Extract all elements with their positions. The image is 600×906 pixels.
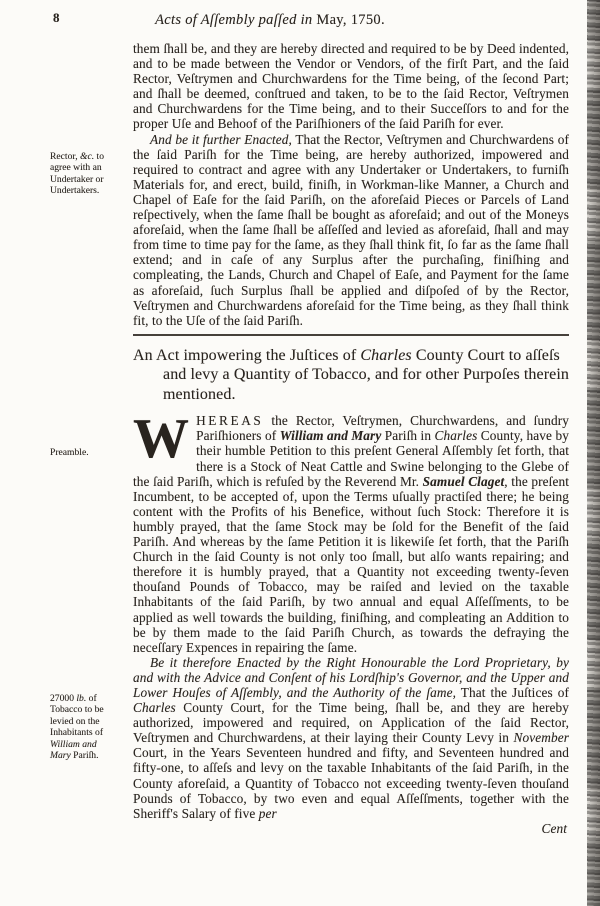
text-column: them ſhall be, and they are hereby direc…	[133, 41, 569, 836]
running-title: Acts of Aſſembly paſſed in May, 1750.	[60, 12, 480, 29]
catchword-row: Cent	[133, 821, 569, 836]
margin-note-preamble: Preamble.	[50, 447, 116, 458]
paragraph-deed-continuation: them ſhall be, and they are hereby direc…	[133, 41, 569, 132]
paragraph-whereas: WHEREAS the Rector, Veſtrymen, Churchwar…	[133, 413, 569, 655]
paragraph-enacting-clause: Be it therefore Enacted by the Right Hon…	[133, 655, 569, 821]
whereas-text: HEREAS the Rector, Veſtrymen, Churchward…	[133, 413, 569, 654]
margin-note-tobacco-levy: 27000 lb. of Tobacco to be levied on the…	[50, 693, 116, 761]
scan-edge-texture	[587, 0, 600, 906]
page-number: 8	[53, 10, 60, 26]
catchword: Cent	[541, 821, 567, 836]
margin-note-undertakers: Rector, &c. to agree with an Undertaker …	[50, 151, 116, 197]
section-divider	[133, 334, 569, 336]
act-heading: An Act impowering the Juſtices of Charle…	[133, 346, 569, 405]
document-page: 8 Acts of Aſſembly paſſed in May, 1750. …	[0, 0, 600, 906]
paragraph-further-enacted: And be it further Enacted, That the Rect…	[133, 132, 569, 328]
dropcap-w: W	[133, 416, 189, 462]
